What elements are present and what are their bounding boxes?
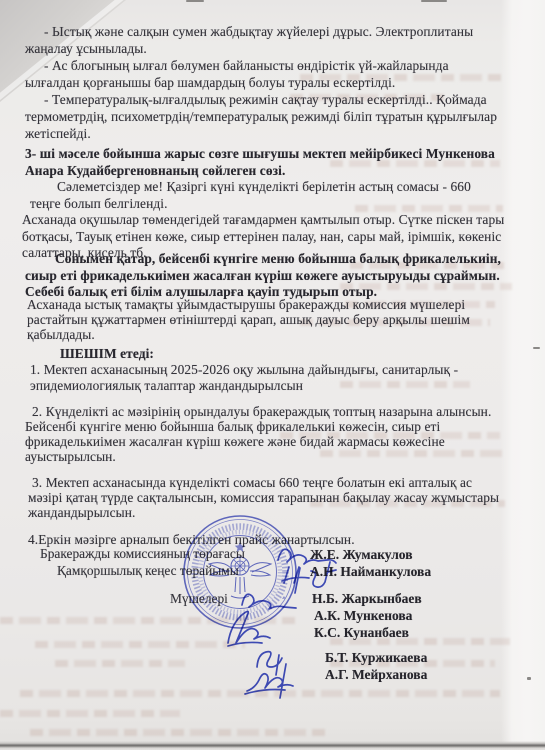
finding-item-1: - Ыстық және салқын сумен жабдықтау жүйе…	[25, 23, 505, 57]
scan-speck	[186, 0, 204, 2]
finding-item-3: - Температуралық-ылғалдылық режимін сақт…	[25, 92, 505, 142]
speech-paragraph-1: Сәлеметсіздер ме! Қазіргі күні күнделікт…	[30, 179, 500, 212]
scan-speck	[527, 677, 531, 680]
signature-chair	[278, 549, 336, 564]
signature-member-3	[257, 652, 282, 675]
bleed-through-line	[55, 660, 185, 667]
signature-member-2	[228, 611, 270, 646]
signature-council	[282, 562, 336, 593]
signatures-ink-layer	[200, 533, 365, 703]
bleed-through-line	[0, 710, 180, 717]
decision-item-1: 1. Мектеп асханасының 2025-2026 оқу жылы…	[30, 362, 505, 393]
bleed-through-line	[30, 729, 330, 736]
agenda-item-3-heading: 3- ші мәселе бойынша жарыс сөзге шығушы …	[25, 146, 505, 179]
scanned-protocol-page: - Ыстық және салқын сумен жабдықтау жүйе…	[0, 0, 545, 750]
finding-item-2: - Ас блогының ылғал бөлумен байланысты ө…	[25, 58, 505, 91]
voting-paragraph: Асханада ыстық тамақты ұйымдастырушы бра…	[27, 298, 505, 342]
signature-member-1	[242, 594, 296, 609]
speech-paragraph-3-request: Сонымен қатар, бейсенбі күнгіге меню бой…	[25, 251, 505, 300]
decision-heading: ШЕШІМ етеді:	[60, 346, 540, 362]
scan-bottom-edge	[0, 741, 545, 750]
signature-member-4	[245, 664, 293, 698]
scan-speck	[421, 0, 447, 2]
decision-item-2: 2. Күнделікті ас мәзірінің орындалуы бра…	[25, 405, 505, 464]
